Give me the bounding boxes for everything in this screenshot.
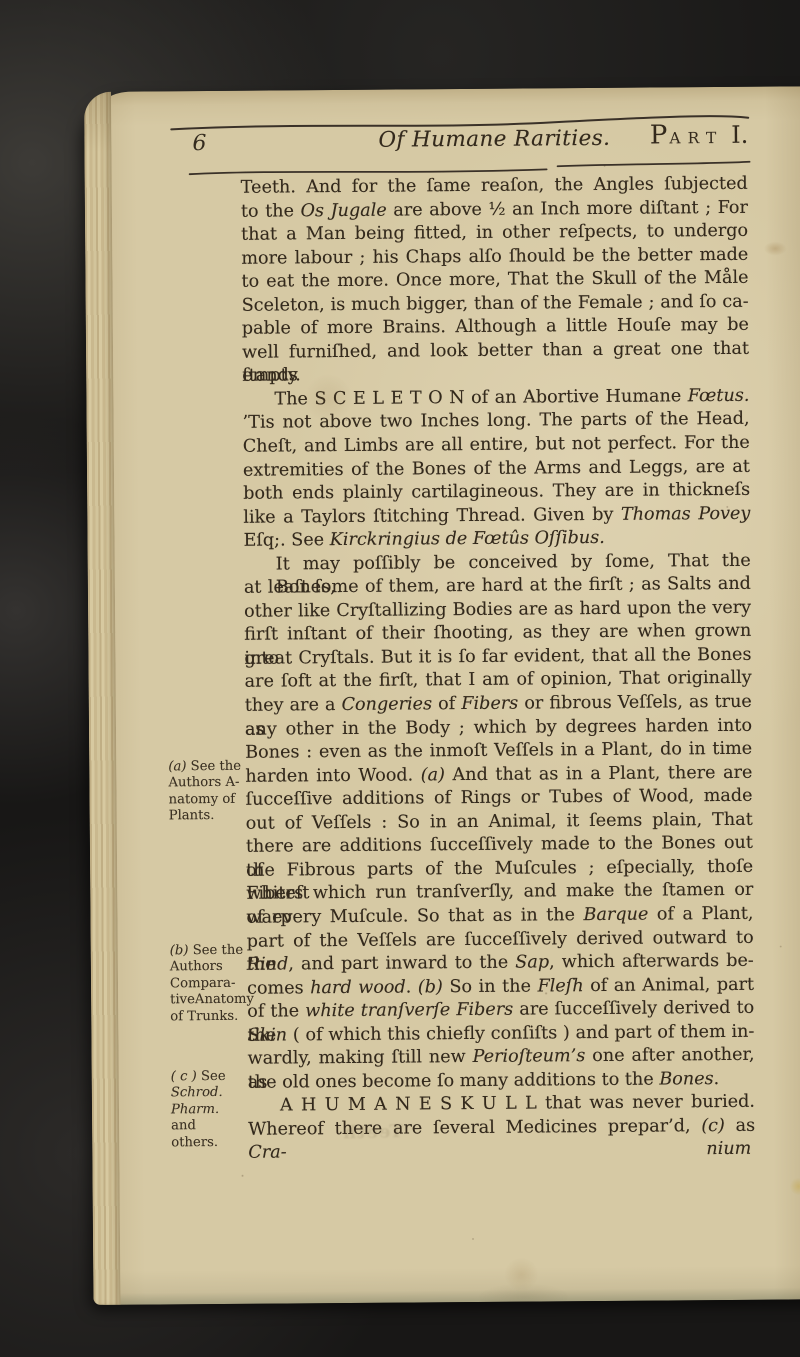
margin-note-line: Authors A- (168, 775, 242, 792)
text-run: to the (241, 201, 301, 221)
text-run: are above ½ an Inch more diſtant ; For (387, 197, 748, 220)
text-run: of (432, 694, 461, 714)
text-run: , and part inward to the (288, 953, 515, 975)
text-run: Cheſt, and Limbs are all entire, but not… (243, 433, 750, 457)
text-line: Cheſt, and Limbs are all entire, but not… (243, 432, 750, 460)
text-run: of the (247, 1001, 305, 1021)
italic-text-run: Schrod. (171, 1085, 223, 1100)
text-run: more labour ; his Chaps alſo ſhould be t… (241, 244, 748, 268)
margin-note-line: Schrod. (171, 1085, 245, 1102)
text-run: great Cryſtals. But it is ſo far evident… (244, 645, 751, 669)
part-label-smallcaps: ART (669, 129, 723, 147)
part-number: I. (731, 121, 748, 149)
margin-note-line: natomy of (169, 792, 243, 809)
text-run: So in the (443, 976, 538, 997)
text-run: Sceleton, is much bigger, than of the Fe… (242, 292, 749, 316)
text-run: Eſq;. See (243, 530, 329, 551)
text-run: other like Cryſtallizing Bodies are as h… (244, 598, 751, 622)
text-run: . (714, 1069, 720, 1089)
text-run: Authors A- (168, 775, 239, 791)
text-run: ſucceſſive additions of Rings or Tubes o… (245, 786, 752, 810)
italic-text-run: Barque (583, 905, 648, 926)
italic-text-run: Os Jugale (300, 200, 386, 221)
margin-note-line: Compara- (170, 976, 244, 993)
italic-text-run: Cra- (248, 1143, 286, 1163)
italic-text-run: Congeries (341, 694, 432, 715)
margin-note-line: Pharm. and (171, 1102, 245, 1135)
margin-note-line: ( c ) See (171, 1069, 245, 1086)
text-run: pable of more Brains. Although a little … (242, 315, 749, 339)
italic-text-run: Fœtus. (688, 386, 750, 406)
italic-text-run: Fibers (461, 694, 518, 714)
part-label: PARTI. (504, 120, 748, 152)
text-run: Compara- (170, 976, 236, 992)
text-run: are ſoft at the firſt, that I am of opin… (245, 668, 752, 692)
text-run: natomy of (169, 792, 236, 808)
text-line: Whereof there are ſeveral Medicines prep… (248, 1115, 755, 1143)
italic-text-run: Fleſh (537, 976, 583, 996)
text-run: Plants. (169, 808, 215, 823)
text-line: Teeth. And for the ſame reaſon, the Angl… (241, 173, 748, 201)
text-line: well furniſhed, and look better than a g… (242, 338, 749, 366)
italic-text-run: (c) (701, 1116, 725, 1136)
text-run: harden into Wood. (245, 765, 421, 786)
margin-note-line: (a) See the (168, 759, 242, 776)
text-run: of Trunks. (170, 1008, 238, 1024)
text-run: of every Muſcule. So that as in the (246, 905, 583, 928)
italic-text-run: (a) (421, 765, 445, 785)
text-run: of an Animal, part (584, 974, 755, 995)
text-run: tiveAnatomy (170, 992, 254, 1008)
text-run: as (725, 1116, 755, 1136)
text-run: Whereof there are ſeveral Medicines prep… (248, 1116, 701, 1140)
part-label-initial: P (650, 120, 668, 150)
book-page: 6 Of Humane Rarities. PARTI. Teeth. And … (84, 86, 800, 1305)
text-run: . (406, 977, 418, 997)
italic-text-run: white tranſverſe Fibers (305, 1000, 513, 1022)
text-run: that a Man being fitted, in other reſpec… (241, 221, 748, 245)
margin-note-c: ( c ) SeeSchrod.Pharm. andothers. (171, 1069, 246, 1152)
italic-text-run: ( c ) (171, 1069, 197, 1084)
margin-note-line: (b) See the (170, 943, 244, 960)
margin-note-line: others. (171, 1134, 245, 1151)
page-number: 6 (192, 131, 232, 156)
text-run: others. (171, 1135, 218, 1150)
text-run: at leaſt ſome of them, are hard at the f… (244, 574, 751, 598)
margin-note-line: tiveAnatomy (170, 992, 244, 1009)
text-run: out of Veſſels : So in an Animal, it ſee… (246, 810, 753, 834)
text-line: they are a Congeries of Fibers or fibrou… (245, 691, 752, 719)
text-run: Bones : even as the inmoſt Veſſels in a … (245, 739, 752, 763)
text-line: that a Man being fitted, in other reſpec… (241, 220, 748, 248)
italic-text-run: Pharm. (171, 1102, 219, 1117)
italic-text-run: Skin (247, 1025, 287, 1045)
margin-note-a: (a) See theAuthors A-natomy ofPlants. (168, 759, 243, 825)
text-run: ’Tis not above two Inches long. The part… (243, 409, 750, 433)
text-line: of every Muſcule. So that as in the Barq… (246, 903, 753, 931)
italic-text-run: (b) (418, 977, 443, 997)
text-line: Bones : even as the inmoſt Veſſels in a … (245, 738, 752, 766)
italic-text-run: Sap (515, 952, 549, 972)
text-run: See (197, 1069, 226, 1084)
italic-text-run: Bones (659, 1069, 713, 1089)
show-through-text: Teeth (342, 1121, 403, 1144)
text-line: both ends plainly cartilagineous. They a… (243, 479, 750, 507)
margin-note-line: of Trunks. (170, 1008, 244, 1025)
text-run: empty. (242, 366, 301, 386)
italic-text-run: hard wood (310, 977, 406, 998)
italic-text-run: Kirckringius de Fœtûs Oſſibus. (330, 528, 605, 550)
text-run: like a Taylors ſtitching Thread. Given b… (243, 504, 621, 527)
text-run: And that as in a Plant, there are (445, 762, 753, 784)
text-run: ( of which this chiefly conſiſts ) and p… (287, 1021, 754, 1045)
text-run: the old ones become ſo many additions to… (248, 1069, 660, 1092)
italic-text-run: Perioſteum’s (473, 1046, 586, 1067)
text-run: they are a (245, 695, 342, 716)
text-run: wardly, making ſtill new (248, 1047, 473, 1069)
text-run: both ends plainly cartilagineous. They a… (243, 480, 750, 504)
italic-text-run: Thomas Povey (621, 503, 751, 524)
header-rule-bottom-right (558, 162, 750, 167)
body-text-block: Teeth. And for the ſame reaſon, the Angl… (241, 173, 756, 1166)
text-line: Rind, and part inward to the Sap, which … (247, 950, 754, 978)
text-run: A H U M A N E S K U L L that was never b… (280, 1092, 755, 1116)
text-run: to eat the more. Once more, That the Sku… (241, 268, 748, 292)
catchword: nium (248, 1138, 755, 1166)
italic-text-run: (a) (168, 759, 186, 774)
text-run: The S C E L E T O N of an Abortive Human… (274, 386, 687, 409)
text-run: any other in the Body ; which by degrees… (245, 715, 752, 739)
text-run: extremities of the Bones of the Arms and… (243, 456, 750, 480)
text-run: Teeth. And for the ſame reaſon, the Angl… (241, 174, 748, 198)
text-run: comes (247, 978, 310, 998)
text-run: See the (186, 759, 241, 774)
italic-text-run: Rind (247, 954, 289, 974)
margin-note-b: (b) See theAuthorsCompara-tiveAnatomyof … (170, 943, 245, 1026)
text-run: , which afterwards be- (549, 951, 754, 973)
text-run: of a Plant, (648, 904, 753, 925)
header-rule-bottom-left (190, 169, 547, 174)
text-run: and (171, 1118, 196, 1133)
italic-text-run: (b) (170, 943, 189, 958)
photo-background: 6 Of Humane Rarities. PARTI. Teeth. And … (0, 0, 800, 1357)
text-run: Authors (170, 959, 223, 974)
text-line: of the white tranſverſe Fibers are ſucce… (247, 997, 754, 1025)
margin-note-line: Authors (170, 959, 244, 976)
text-run: See the (188, 943, 243, 958)
text-line: to eat the more. Once more, That the Sku… (241, 267, 748, 295)
text-line: like a Taylors ſtitching Thread. Given b… (243, 502, 750, 530)
page-fore-edge-stack (84, 92, 121, 1305)
margin-note-line: Plants. (169, 808, 243, 825)
